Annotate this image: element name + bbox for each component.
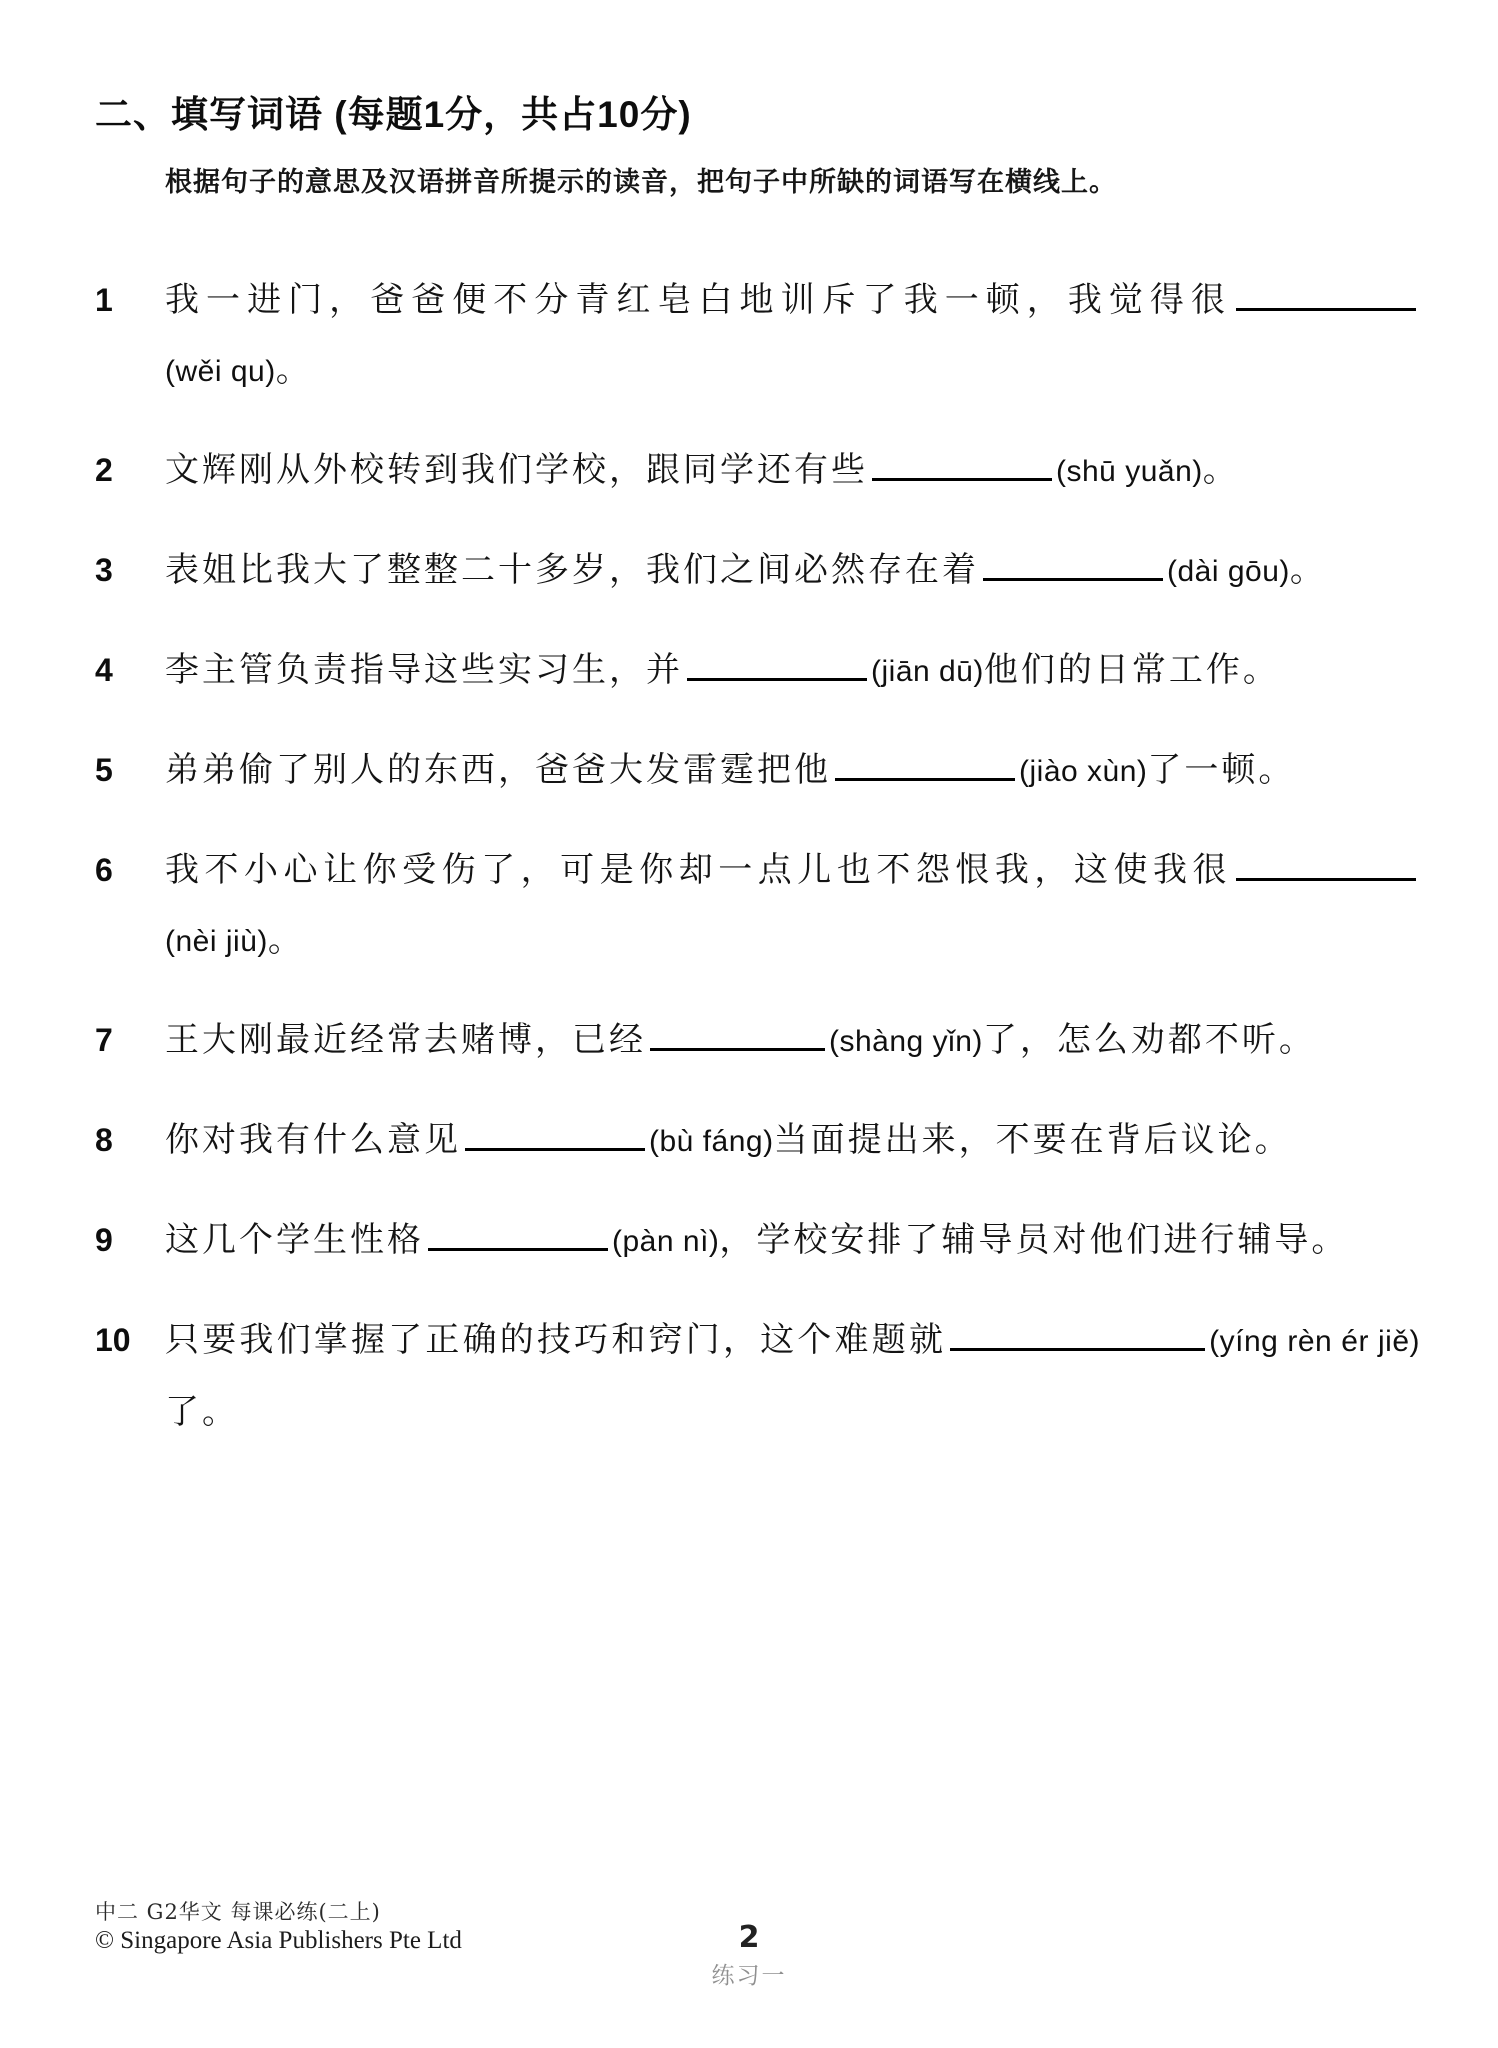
question-number: 6	[95, 835, 165, 905]
sentence-text: 。	[1290, 550, 1327, 590]
question-number: 10	[95, 1305, 165, 1375]
sentence-text: 。	[268, 920, 305, 960]
question-row: 4李主管负责指导这些实习生，并(jiān dū)他们的日常工作。	[95, 635, 1420, 707]
question-number: 5	[95, 735, 165, 805]
sentence-text: 了一顿。	[1147, 750, 1295, 790]
question-row: 3表姐比我大了整整二十多岁，我们之间必然存在着(dài gōu)。	[95, 535, 1420, 607]
question-number: 1	[95, 265, 165, 335]
answer-blank[interactable]	[1236, 272, 1416, 311]
question-text: 你对我有什么意见(bù fáng)当面提出来，不要在背后议论。	[165, 1105, 1420, 1177]
answer-blank[interactable]	[687, 642, 867, 681]
answer-blank[interactable]	[950, 1312, 1205, 1351]
question-text: 我一进门，爸爸便不分青红皂白地训斥了我一顿，我觉得很(wěi qu)。	[165, 265, 1420, 407]
question-row: 5弟弟偷了别人的东西，爸爸大发雷霆把他(jiào xùn)了一顿。	[95, 735, 1420, 807]
question-number: 7	[95, 1005, 165, 1075]
question-row: 7王大刚最近经常去赌博，已经(shàng yǐn)了，怎么劝都不听。	[95, 1005, 1420, 1077]
sentence-text: 我不小心让你受伤了，可是你却一点儿也不怨恨我，这使我很	[165, 850, 1232, 890]
sentence-text: ，学校安排了辅导员对他们进行辅导。	[719, 1220, 1348, 1260]
question-number: 3	[95, 535, 165, 605]
question-text: 我不小心让你受伤了，可是你却一点儿也不怨恨我，这使我很(nèi jiù)。	[165, 835, 1420, 977]
pinyin-hint: (shū yuǎn)	[1056, 455, 1203, 488]
sentence-text: 这几个学生性格	[165, 1220, 424, 1260]
sentence-text: 文辉刚从外校转到我们学校，跟同学还有些	[165, 450, 868, 490]
sentence-text: 了，怎么劝都不听。	[983, 1020, 1316, 1060]
sentence-text: 王大刚最近经常去赌博，已经	[165, 1020, 646, 1060]
pinyin-hint: (yíng rèn ér jiě)	[1209, 1325, 1420, 1358]
question-row: 9这几个学生性格(pàn nì)，学校安排了辅导员对他们进行辅导。	[95, 1205, 1420, 1277]
pinyin-hint: (bù fáng)	[649, 1125, 774, 1158]
sentence-text: 我一进门，爸爸便不分青红皂白地训斥了我一顿，我觉得很	[165, 280, 1232, 320]
question-text: 这几个学生性格(pàn nì)，学校安排了辅导员对他们进行辅导。	[165, 1205, 1420, 1277]
pinyin-hint: (pàn nì)	[612, 1225, 719, 1258]
question-row: 8你对我有什么意见(bù fáng)当面提出来，不要在背后议论。	[95, 1105, 1420, 1177]
sentence-text: 。	[276, 350, 313, 390]
question-text: 文辉刚从外校转到我们学校，跟同学还有些(shū yuǎn)。	[165, 435, 1420, 507]
question-text: 表姐比我大了整整二十多岁，我们之间必然存在着(dài gōu)。	[165, 535, 1420, 607]
question-text: 王大刚最近经常去赌博，已经(shàng yǐn)了，怎么劝都不听。	[165, 1005, 1420, 1077]
worksheet-content: 二、填写词语 (每题1分，共占10分) 根据句子的意思及汉语拼音所提示的读音，把…	[95, 84, 1420, 1475]
section-title: 二、填写词语 (每题1分，共占10分)	[95, 84, 1420, 138]
instructions-text: 根据句子的意思及汉语拼音所提示的读音，把句子中所缺的词语写在横线上。	[165, 160, 1420, 199]
sentence-text: 他们的日常工作。	[984, 650, 1280, 690]
answer-blank[interactable]	[872, 442, 1052, 481]
sentence-text: 了。	[165, 1392, 239, 1432]
answer-blank[interactable]	[650, 1012, 825, 1051]
pinyin-hint: (jiào xùn)	[1019, 755, 1147, 788]
question-row: 2文辉刚从外校转到我们学校，跟同学还有些(shū yuǎn)。	[95, 435, 1420, 507]
answer-blank[interactable]	[428, 1212, 608, 1251]
footer-center: 2 练习一	[0, 1920, 1498, 1990]
pinyin-hint: (jiān dū)	[871, 655, 984, 688]
sentence-text: 当面提出来，不要在背后议论。	[774, 1120, 1292, 1160]
question-number: 4	[95, 635, 165, 705]
question-row: 1我一进门，爸爸便不分青红皂白地训斥了我一顿，我觉得很(wěi qu)。	[95, 265, 1420, 407]
sentence-text: 只要我们掌握了正确的技巧和窍门，这个难题就	[165, 1320, 946, 1360]
worksheet-page: 二、填写词语 (每题1分，共占10分) 根据句子的意思及汉语拼音所提示的读音，把…	[0, 0, 1498, 2048]
sentence-text: 弟弟偷了别人的东西，爸爸大发雷霆把他	[165, 750, 831, 790]
answer-blank[interactable]	[835, 742, 1015, 781]
sentence-text: 你对我有什么意见	[165, 1120, 461, 1160]
sentence-text: 李主管负责指导这些实习生，并	[165, 650, 683, 690]
pinyin-hint: (nèi jiù)	[165, 925, 268, 958]
pinyin-hint: (shàng yǐn)	[829, 1025, 983, 1058]
question-text: 弟弟偷了别人的东西，爸爸大发雷霆把他(jiào xùn)了一顿。	[165, 735, 1420, 807]
question-list: 1我一进门，爸爸便不分青红皂白地训斥了我一顿，我觉得很(wěi qu)。2文辉刚…	[95, 265, 1420, 1447]
question-text: 只要我们掌握了正确的技巧和窍门，这个难题就(yíng rèn ér jiě)了。	[165, 1305, 1420, 1447]
answer-blank[interactable]	[983, 542, 1163, 581]
exercise-label: 练习一	[0, 1957, 1498, 1990]
question-text: 李主管负责指导这些实习生，并(jiān dū)他们的日常工作。	[165, 635, 1420, 707]
question-number: 8	[95, 1105, 165, 1175]
sentence-text: 。	[1203, 450, 1240, 490]
question-number: 2	[95, 435, 165, 505]
question-row: 6我不小心让你受伤了，可是你却一点儿也不怨恨我，这使我很(nèi jiù)。	[95, 835, 1420, 977]
question-number: 9	[95, 1205, 165, 1275]
question-row: 10只要我们掌握了正确的技巧和窍门，这个难题就(yíng rèn ér jiě)…	[95, 1305, 1420, 1447]
pinyin-hint: (wěi qu)	[165, 355, 276, 388]
answer-blank[interactable]	[465, 1112, 645, 1151]
pinyin-hint: (dài gōu)	[1167, 555, 1290, 588]
sentence-text: 表姐比我大了整整二十多岁，我们之间必然存在着	[165, 550, 979, 590]
answer-blank[interactable]	[1236, 842, 1416, 881]
page-number: 2	[0, 1920, 1498, 1955]
